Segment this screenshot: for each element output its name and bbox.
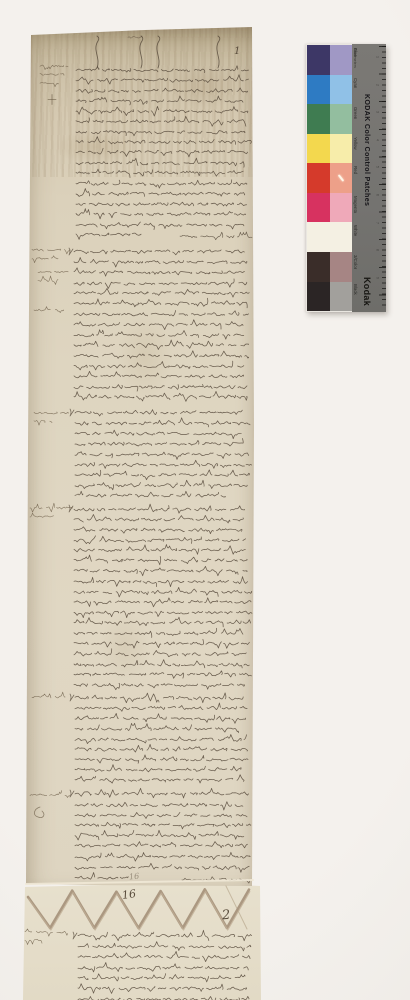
margin-note-line — [34, 420, 52, 425]
ascender-flourish — [96, 36, 99, 68]
patch-white-full — [307, 222, 330, 252]
text-line — [74, 351, 249, 359]
ruler-number-4: 4 — [376, 139, 380, 141]
text-line — [74, 617, 251, 627]
text-line — [74, 527, 242, 534]
text-line — [74, 279, 247, 289]
text-line — [78, 963, 248, 972]
patch-row-red — [307, 163, 352, 193]
text-line — [74, 298, 247, 308]
patch-blue-tint — [330, 45, 352, 75]
text-line — [76, 158, 244, 167]
patch-row-green — [307, 104, 352, 134]
text-line — [76, 202, 247, 206]
text-line — [74, 611, 252, 618]
text-line — [74, 320, 243, 330]
patch-yellow-full — [307, 134, 330, 164]
text-line — [76, 189, 245, 197]
ruler-number-7: 7 — [376, 222, 380, 224]
patch-row-white — [307, 222, 352, 252]
text-line — [74, 340, 249, 350]
patch-blue-full — [307, 45, 330, 75]
text-line — [78, 984, 247, 994]
margin-note-line — [30, 791, 70, 798]
text-line — [75, 452, 249, 460]
photograph-background: 1 16 16 2 Centimeters KODAK Color Contro… — [0, 0, 410, 1000]
text-line — [75, 480, 247, 490]
text-line — [76, 222, 244, 230]
text-line — [76, 88, 247, 93]
scratch-mark — [338, 174, 345, 182]
patch-green-tint — [330, 104, 352, 134]
patch-label-white: White — [353, 225, 358, 236]
margin-note-line — [32, 692, 65, 698]
patch-label-yellow: Yellow — [353, 137, 358, 150]
top-mark — [128, 36, 142, 38]
card-gray-strip: Centimeters KODAK Color Control Patches … — [352, 44, 386, 312]
patch-label-3-color: 3/Color — [353, 255, 358, 269]
patch-row-blue — [307, 45, 352, 75]
text-line — [74, 555, 247, 565]
text-line — [75, 693, 243, 703]
text-line — [76, 180, 247, 188]
text-line — [76, 106, 248, 116]
text-line — [74, 587, 252, 597]
text-line — [75, 755, 248, 763]
text-line — [75, 418, 250, 427]
text-line — [76, 131, 245, 136]
margin-note-line — [32, 256, 58, 263]
ruler-number-8: 8 — [376, 249, 380, 251]
text-line — [78, 942, 251, 951]
text-line — [76, 169, 243, 178]
margin-note-line — [40, 82, 58, 86]
ruler-major-ticks-icon — [379, 46, 386, 310]
text-line — [75, 788, 249, 798]
patch-row-yellow — [307, 134, 352, 164]
text-line — [75, 812, 247, 818]
text-line — [74, 288, 249, 297]
kodak-color-control-card: Centimeters KODAK Color Control Patches … — [306, 44, 386, 312]
kodak-logo: Kodak — [362, 277, 372, 306]
card-title: KODAK Color Control Patches — [363, 94, 370, 206]
patch-black-tint — [330, 282, 352, 312]
text-line — [75, 713, 246, 723]
text-line — [74, 628, 243, 637]
text-line — [74, 391, 247, 401]
text-line — [75, 873, 128, 880]
text-line — [74, 536, 246, 544]
patch-label-black: Black — [353, 284, 358, 295]
ruler-number-1: 1 — [376, 56, 380, 58]
text-line — [75, 439, 243, 447]
text-line — [78, 996, 249, 1000]
membrane-number-faint: 16 — [129, 871, 140, 881]
paragraph-mark-icon — [69, 505, 73, 512]
margin-note-line — [30, 513, 53, 517]
margin-note-line — [30, 503, 72, 512]
margin-note-line — [25, 940, 42, 945]
membrane-number-2: 2 — [221, 908, 231, 924]
text-line — [74, 598, 251, 607]
patch-magenta-tint — [330, 193, 352, 223]
text-line — [75, 842, 248, 848]
ascender-flourish — [217, 36, 220, 68]
patch-label-red: Red — [353, 166, 358, 174]
text-line — [76, 66, 248, 73]
text-line — [76, 96, 243, 105]
text-line — [75, 723, 239, 732]
text-line — [75, 765, 241, 772]
patch-label-magenta: Magenta — [353, 196, 358, 213]
text-line — [74, 683, 244, 689]
text-line — [75, 491, 225, 497]
patch-yellow-tint — [330, 134, 352, 164]
text-line — [74, 384, 247, 391]
paragraph-mark-icon — [73, 932, 77, 939]
text-line — [74, 250, 244, 255]
text-line — [76, 209, 246, 219]
text-line — [76, 233, 141, 239]
patch-magenta-full — [307, 193, 330, 223]
margin-flourish — [34, 807, 43, 818]
margin-note-line — [32, 249, 70, 254]
paragraph-mark-icon — [70, 409, 74, 416]
text-line — [74, 515, 243, 524]
text-line — [75, 802, 243, 810]
patch-row-magenta — [307, 193, 352, 223]
folio-number-top-right: 1 — [234, 46, 240, 57]
text-line — [75, 410, 242, 416]
text-line — [75, 703, 247, 711]
ascender-flourish — [140, 36, 143, 68]
ruler-number-2: 2 — [376, 84, 380, 86]
text-line — [75, 460, 252, 468]
margin-note-line — [38, 276, 58, 285]
text-line — [74, 660, 249, 668]
margin-note-line — [38, 271, 68, 272]
text-line — [74, 566, 247, 575]
text-line — [74, 639, 249, 648]
text-line — [74, 671, 251, 679]
patch-cyan-tint — [330, 75, 352, 105]
text-line — [74, 577, 248, 587]
patch-row-black — [307, 282, 352, 312]
patch-white-tint — [330, 222, 352, 252]
ruler-number-3: 3 — [376, 111, 380, 113]
margin-note-line — [25, 929, 68, 936]
text-line — [75, 430, 241, 439]
patch-label-green: Green — [353, 107, 358, 119]
patch-label-cyan: Cyan — [353, 78, 358, 88]
patch-cyan-full — [307, 75, 330, 105]
membrane-number-16: 16 — [121, 887, 137, 902]
patch-black-full — [307, 282, 330, 312]
text-line — [74, 504, 245, 513]
text-line — [74, 258, 247, 268]
text-line — [75, 775, 244, 783]
membrane-seam — [26, 880, 253, 884]
text-line — [74, 545, 245, 555]
text-line — [75, 830, 244, 840]
text-line — [74, 371, 244, 378]
text-line — [76, 137, 251, 145]
text-line — [75, 852, 250, 861]
text-line — [75, 822, 251, 829]
text-line — [76, 116, 246, 126]
paragraph-mark-icon — [70, 694, 74, 701]
text-line — [76, 75, 249, 85]
paragraph-mark-icon — [70, 790, 74, 797]
patch-row-cyan — [307, 75, 352, 105]
patch-red-full — [307, 163, 330, 193]
ascender-flourish — [157, 36, 160, 68]
text-line — [78, 951, 250, 961]
text-line — [78, 974, 245, 982]
patch-red-tint — [330, 163, 352, 193]
text-line — [74, 268, 244, 276]
text-line — [74, 649, 246, 657]
text-line — [75, 863, 249, 872]
margin-note-line — [34, 412, 69, 414]
text-line — [74, 311, 248, 316]
patch-row-3-color — [307, 252, 352, 282]
ruler-number-9: 9 — [376, 277, 380, 279]
patch-3-color-full — [307, 252, 330, 282]
ruler-number-6: 6 — [376, 194, 380, 196]
margin-note-line — [40, 65, 68, 70]
text-line — [76, 148, 247, 157]
margin-note-line — [40, 74, 64, 76]
paragraph-mark-icon — [69, 248, 73, 255]
patch-3-color-tint — [330, 252, 352, 282]
text-line — [74, 330, 244, 339]
text-line — [78, 930, 252, 941]
margin-note-line — [34, 307, 64, 313]
color-patches — [306, 44, 352, 312]
patch-label-blue: Blue — [353, 48, 358, 57]
text-line — [75, 735, 247, 744]
text-line — [75, 470, 250, 480]
text-line — [75, 744, 248, 752]
patch-green-full — [307, 104, 330, 134]
line-end-note — [180, 232, 252, 240]
text-line — [74, 361, 244, 370]
